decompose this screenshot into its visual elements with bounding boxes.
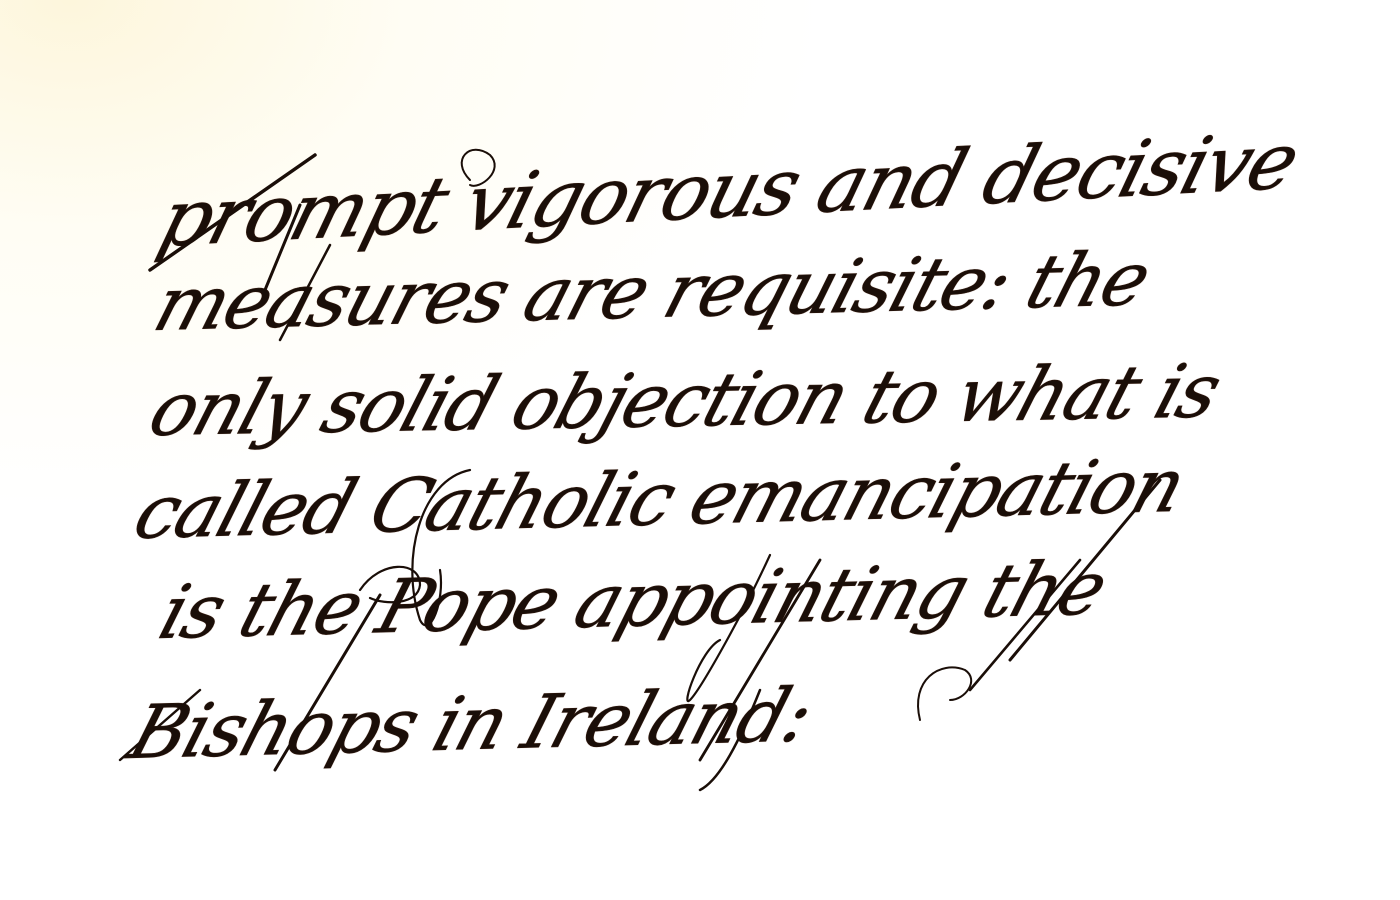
manuscript-line-4: called Catholic emancipation [125, 443, 1194, 556]
manuscript-page: prompt vigorous and decisive measures ar… [0, 0, 1400, 900]
handwritten-text-block: prompt vigorous and decisive measures ar… [0, 0, 1400, 900]
manuscript-line-5: is the Pope appointing the [150, 546, 1115, 656]
manuscript-line-3: only solid objection to what is [140, 349, 1229, 453]
manuscript-line-6: Bishops in Ireland: [120, 672, 821, 776]
